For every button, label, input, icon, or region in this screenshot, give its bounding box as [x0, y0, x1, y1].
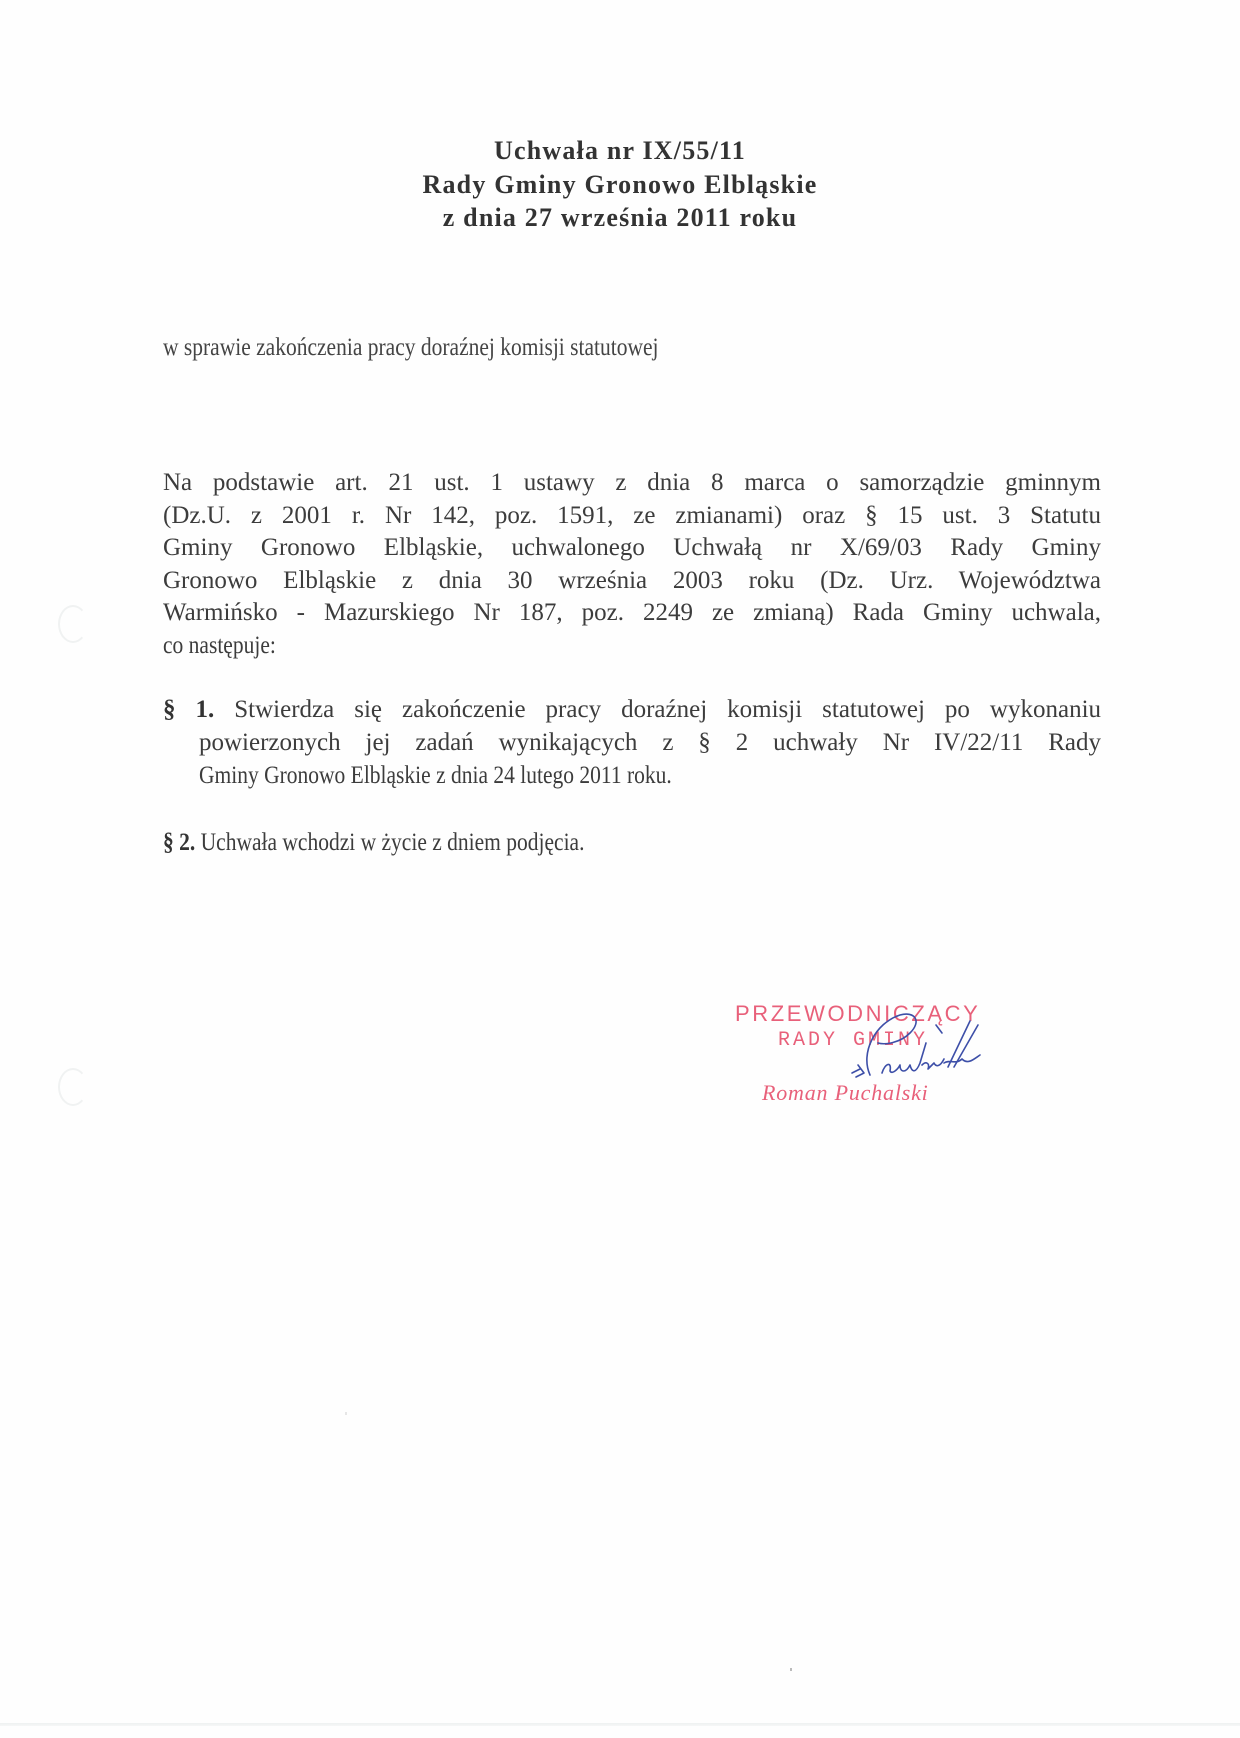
document-page: Uchwała nr IX/55/11 Rady Gminy Gronowo E…: [0, 0, 1240, 1738]
scan-speck: [790, 1668, 792, 1671]
chairman-stamp: PRZEWODNICZĄCY RADY GMINY Roman Puchalsk…: [720, 998, 1020, 1118]
title-line-council: Rady Gminy Gronowo Elbląskie: [0, 168, 1240, 202]
punch-hole-mark: [58, 1068, 88, 1106]
title-line-number: Uchwała nr IX/55/11: [0, 134, 1240, 168]
paragraph-line: Gronowo Elbląskie z dnia 30 września 200…: [163, 565, 1101, 598]
punch-hole-mark: [58, 605, 88, 643]
paragraph-line: co następuje:: [163, 630, 970, 663]
section-line: Gminy Gronowo Elbląskie z dnia 24 lutego…: [199, 759, 975, 792]
paragraph-line: Warmińsko - Mazurskiego Nr 187, poz. 224…: [163, 597, 1101, 630]
paragraph-line: Gminy Gronowo Elbląskie, uchwalonego Uch…: [163, 532, 1101, 565]
section-text: Stwierdza się zakończenie pracy doraźnej…: [234, 696, 1101, 723]
section-2: § 2. Uchwała wchodzi w życie z dniem pod…: [163, 826, 1101, 859]
resolution-subject: w sprawie zakończenia pracy doraźnej kom…: [163, 334, 659, 362]
section-1: § 1. Stwierdza się zakończenie pracy dor…: [163, 693, 1101, 792]
handwritten-signature-icon: [830, 1003, 1000, 1093]
section-number: § 2.: [163, 829, 195, 856]
paragraph-line: (Dz.U. z 2001 r. Nr 142, poz. 1591, ze z…: [163, 500, 1101, 533]
section-line: powierzonych jej zadań wynikających z § …: [199, 726, 1101, 759]
paragraph-line: Na podstawie art. 21 ust. 1 ustawy z dni…: [163, 467, 1101, 500]
section-text: Uchwała wchodzi w życie z dniem podjęcia…: [201, 829, 585, 856]
legal-basis-paragraph: Na podstawie art. 21 ust. 1 ustawy z dni…: [163, 467, 1101, 662]
section-number: § 1.: [163, 696, 214, 723]
section-first-line: § 1. Stwierdza się zakończenie pracy dor…: [163, 693, 1101, 726]
scan-bottom-edge: [0, 1723, 1240, 1726]
scan-speck: [345, 1412, 347, 1415]
resolution-title: Uchwała nr IX/55/11 Rady Gminy Gronowo E…: [0, 134, 1240, 235]
title-line-date: z dnia 27 września 2011 roku: [0, 201, 1240, 235]
section-first-line: § 2. Uchwała wchodzi w życie z dniem pod…: [163, 826, 970, 859]
